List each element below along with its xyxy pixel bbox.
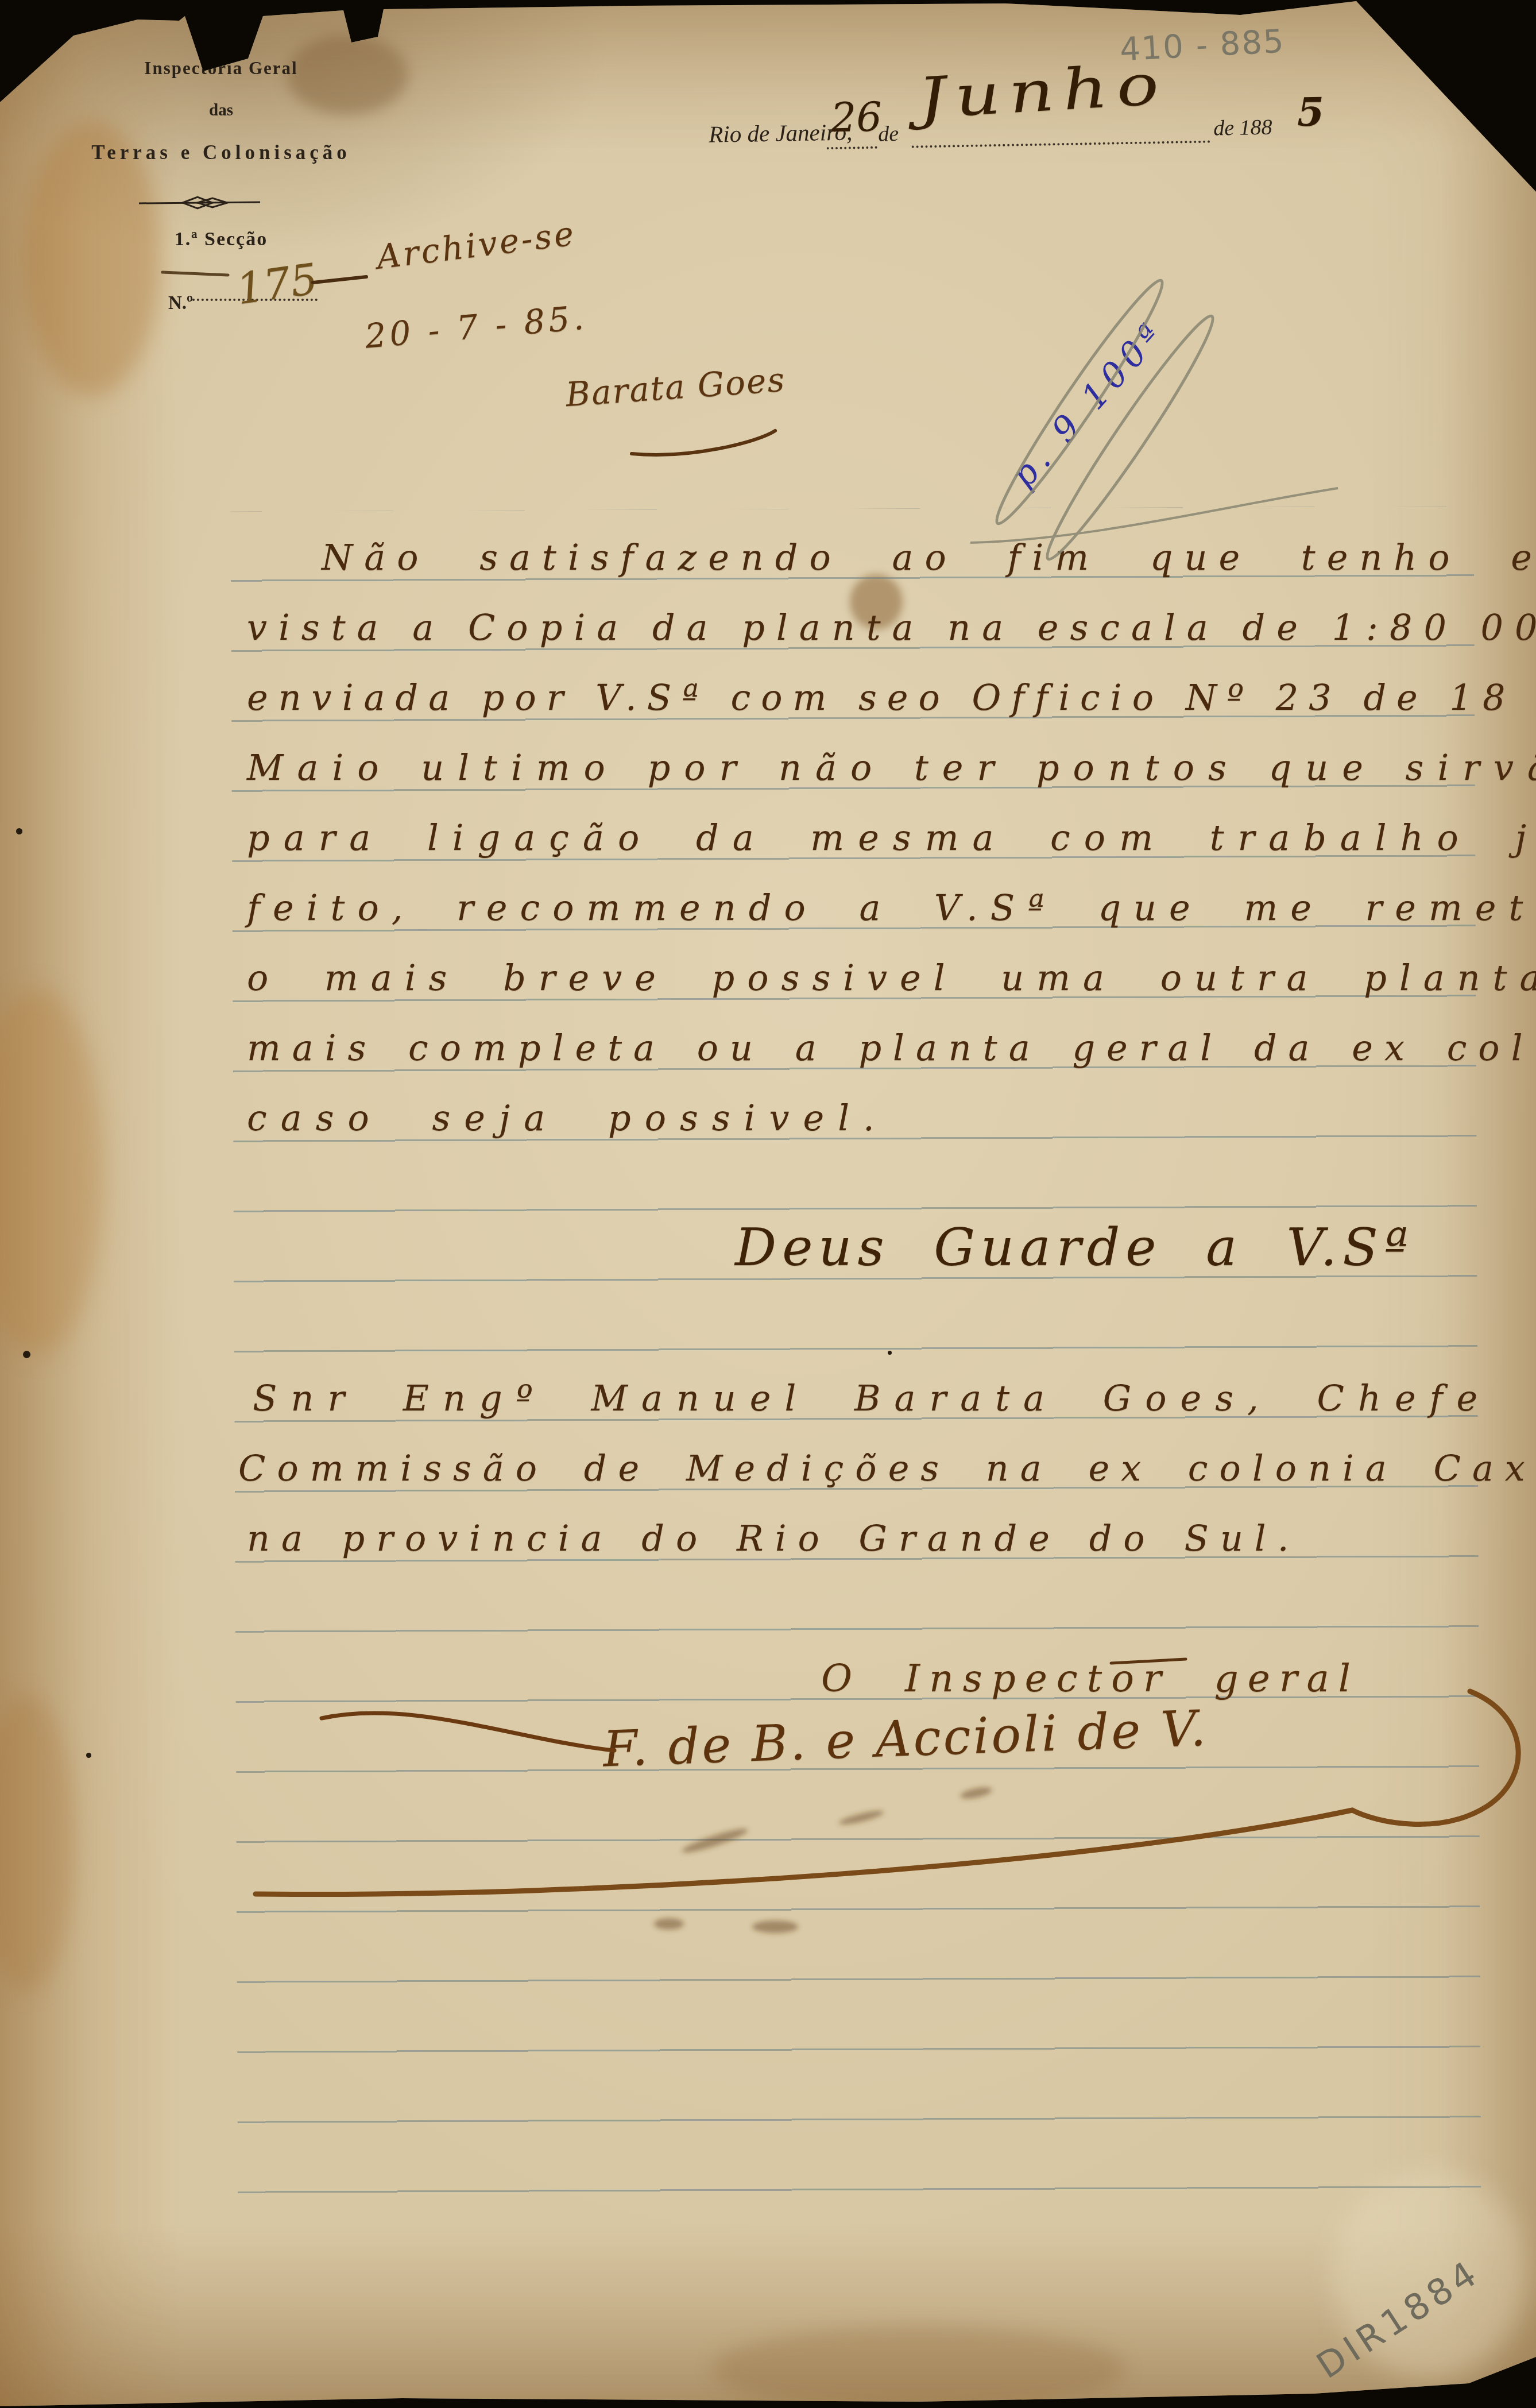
letterhead-number-value: 175 xyxy=(234,258,320,311)
addressee-line: Snr Engº Manuel Barata Goes, Chefe da xyxy=(253,1381,1536,1416)
body-line: caso seja possivel. xyxy=(247,1100,888,1136)
annotation-archive: Archive-se xyxy=(375,217,578,274)
annotation-date: 20 - 7 - 85. xyxy=(363,300,588,353)
number-dash xyxy=(163,272,228,275)
paper-sheet: Inspectoria Geral das Terras e Colonisaç… xyxy=(0,0,1536,2408)
stain xyxy=(0,988,103,1355)
dateline-de188: de 188 xyxy=(1213,117,1272,140)
stain xyxy=(0,1694,75,1993)
dateline-day: 26 xyxy=(830,97,882,138)
letterhead-section: 1.ª Secção xyxy=(92,230,350,249)
pencil-number-bottom-right: DIR1884 xyxy=(1311,2254,1486,2384)
body-line: Não satisfazendo ao fim que tenho em xyxy=(322,540,1536,575)
scanned-letter-screenshot: Inspectoria Geral das Terras e Colonisaç… xyxy=(0,0,1536,2408)
dateline-dots-2 xyxy=(912,141,1210,148)
addressee-line: Commissão de Medições na ex colonia Caxi… xyxy=(238,1451,1536,1486)
paper-speck xyxy=(86,1753,91,1758)
body-line: mais completa ou a planta geral da ex co… xyxy=(247,1030,1536,1066)
pencil-number-top-right: 410 - 885 xyxy=(1119,26,1286,67)
dateline: Rio de Janeiro, 26 de Junho de 188 5 xyxy=(0,0,1536,197)
annotation-signature-barata: Barata Goes xyxy=(564,363,786,412)
signature-title: O Inspector geral xyxy=(821,1660,1360,1698)
paper-speck xyxy=(16,828,22,834)
dateline-de: de xyxy=(878,123,899,145)
body-line: o mais breve possivel uma outra planta xyxy=(247,960,1536,996)
letterhead-number-label: N.º xyxy=(168,294,193,313)
letterhead-divider-ornament xyxy=(138,193,261,212)
blue-pencil-note: p. 9 100ª xyxy=(1005,314,1171,494)
dateline-dots-1 xyxy=(827,146,877,150)
barata-underline xyxy=(632,431,775,455)
paper-speck xyxy=(23,1351,30,1358)
body-line: enviada por V.Sª com seo Officio Nº 23 d… xyxy=(247,680,1536,716)
salutation: Deus Guarde a V.Sª xyxy=(735,1222,1414,1274)
annotation-dash xyxy=(313,277,366,283)
body-line: feito, recommendo a V.Sª que me remetta xyxy=(247,890,1536,926)
addressee-line: na provincia do Rio Grande do Sul. xyxy=(247,1521,1300,1556)
body-line: vista a Copia da planta na escala de 1:8… xyxy=(247,610,1536,646)
stain xyxy=(712,2326,1125,2408)
body-line: Maio ultimo por não ter pontos que sirvã… xyxy=(247,750,1536,786)
dateline-year-digit: 5 xyxy=(1297,92,1325,132)
body-line: para ligação da mesma com trabalho já xyxy=(247,820,1536,856)
